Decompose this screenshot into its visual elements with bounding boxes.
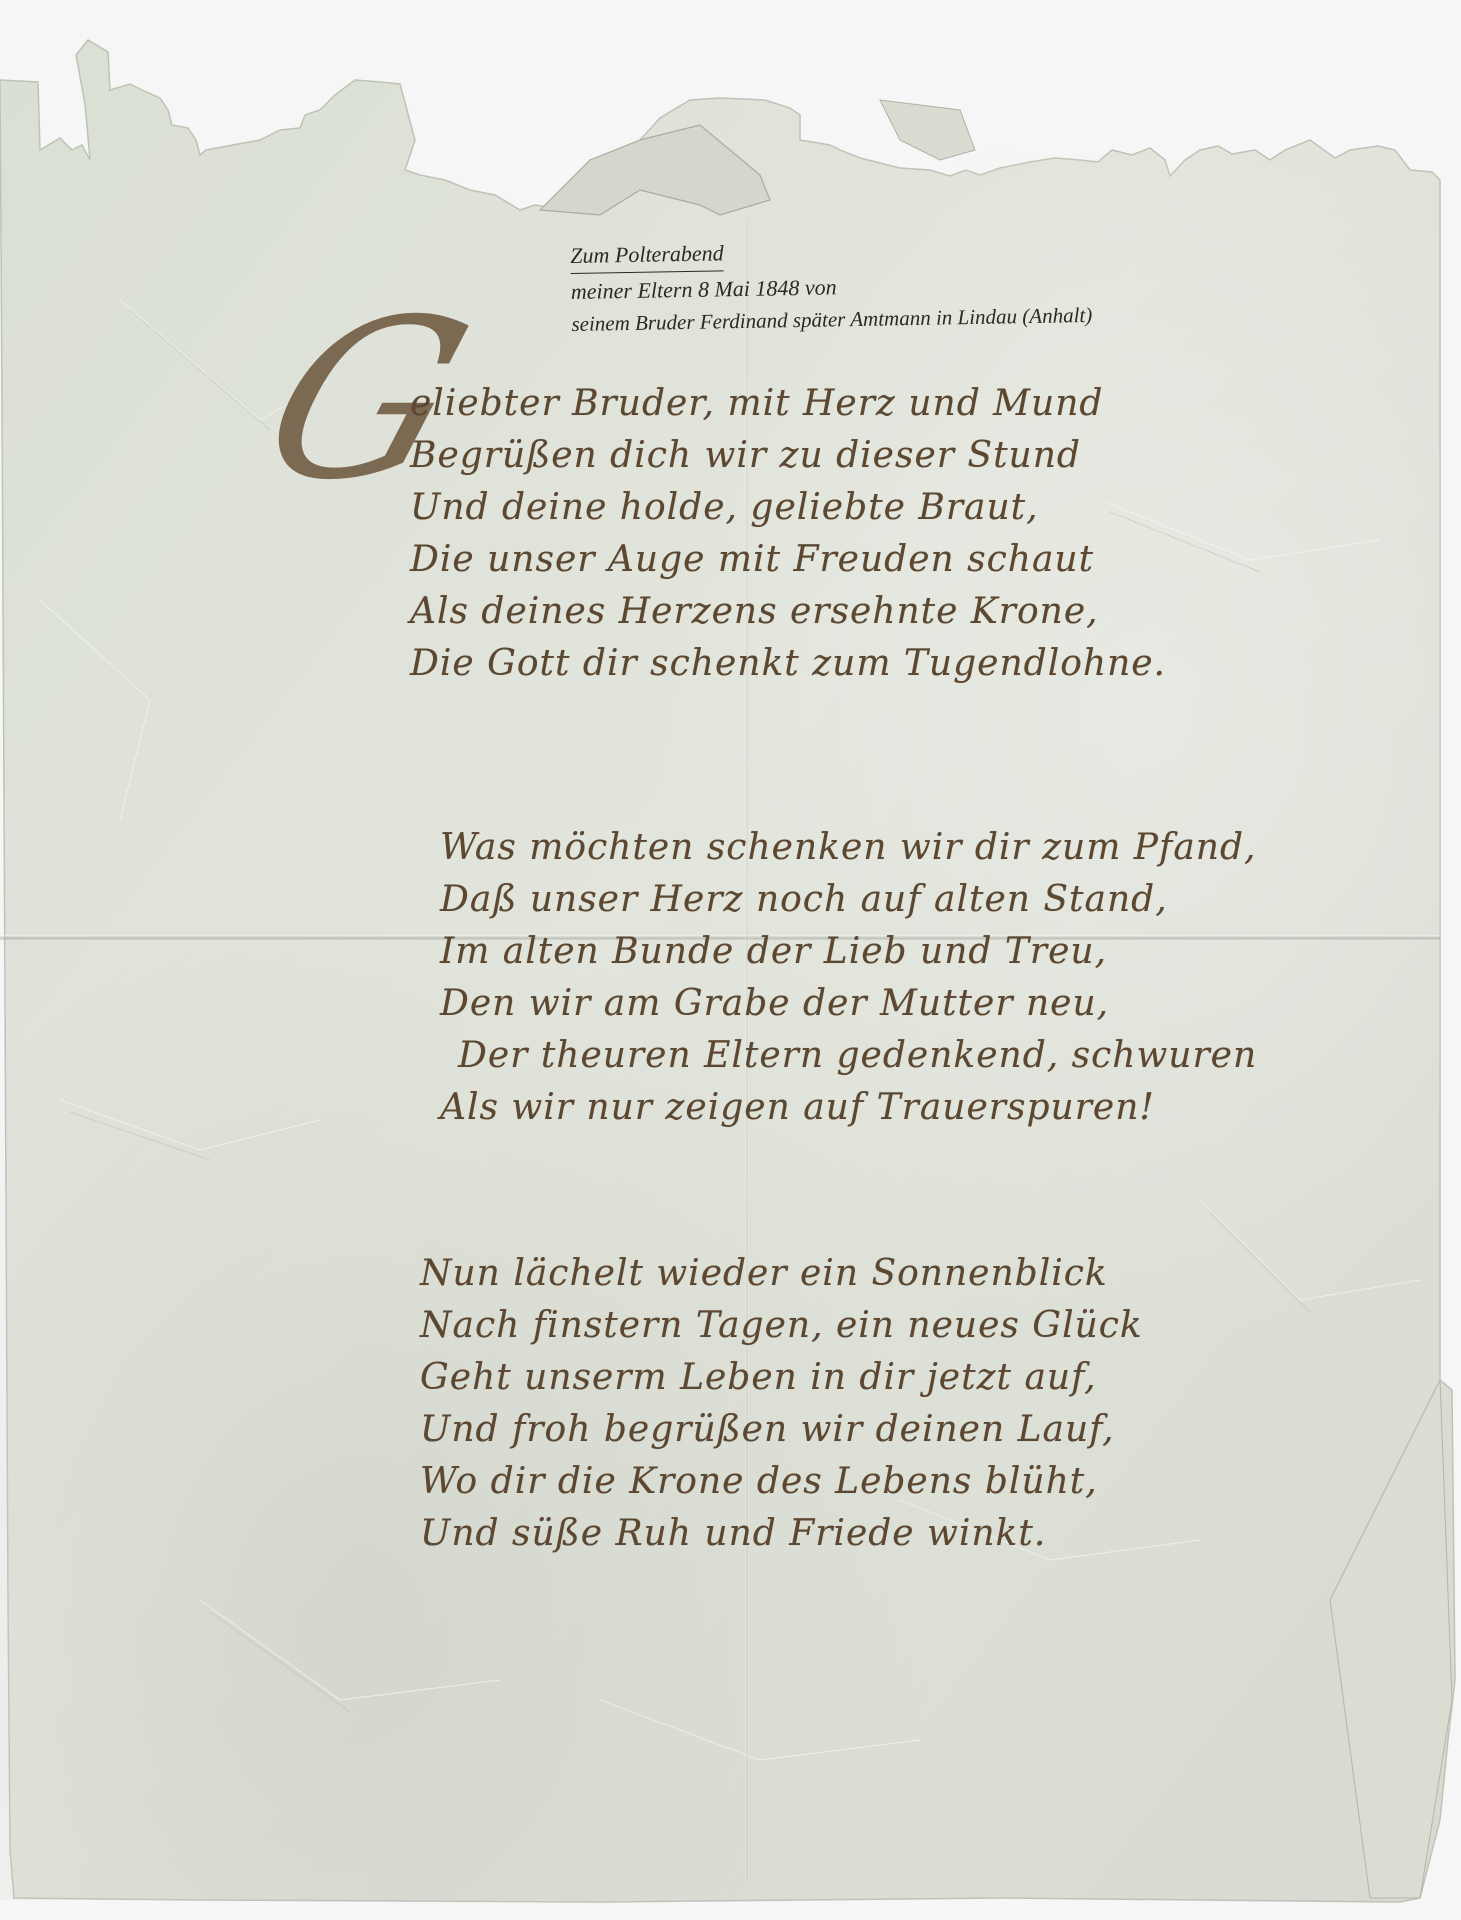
verse-line: Als wir nur zeigen auf Trauerspuren!: [440, 1082, 1380, 1134]
verse-line: Nun lächelt wieder ein Sonnenblick: [420, 1248, 1360, 1300]
verse-line: Den wir am Grabe der Mutter neu,: [440, 978, 1380, 1030]
verse-line: Der theuren Eltern gedenkend, schwuren: [440, 1030, 1380, 1082]
verse-line: Die unser Auge mit Freuden schaut: [410, 534, 1350, 586]
handwritten-content: Zum Polterabend meiner Eltern 8 Mai 1848…: [0, 0, 1461, 1920]
verse-line: Begrüßen dich wir zu dieser Stund: [410, 430, 1350, 482]
scanned-page: Zum Polterabend meiner Eltern 8 Mai 1848…: [0, 0, 1461, 1920]
verse-line: Die Gott dir schenkt zum Tugendlohne.: [410, 638, 1350, 690]
verse-line: Nach finstern Tagen, ein neues Glück: [420, 1300, 1360, 1352]
verse-line: Und froh begrüßen wir deinen Lauf,: [420, 1404, 1360, 1456]
verse-line: Was möchten schenken wir dir zum Pfand,: [440, 822, 1380, 874]
stanza-1: eliebter Bruder, mit Herz und Mund Begrü…: [410, 378, 1350, 690]
verse-line: Wo dir die Krone des Lebens blüht,: [420, 1456, 1360, 1508]
stanza-3: Nun lächelt wieder ein Sonnenblick Nach …: [420, 1248, 1360, 1560]
stanza-2: Was möchten schenken wir dir zum Pfand, …: [440, 822, 1380, 1134]
verse-line: Und süße Ruh und Friede winkt.: [420, 1508, 1360, 1560]
verse-line: Daß unser Herz noch auf alten Stand,: [440, 874, 1380, 926]
verse-line: Geht unserm Leben in dir jetzt auf,: [420, 1352, 1360, 1404]
verse-line: Im alten Bunde der Lieb und Treu,: [440, 926, 1380, 978]
verse-line: Als deines Herzens ersehnte Krone,: [410, 586, 1350, 638]
verse-line: Und deine holde, geliebte Braut,: [410, 482, 1350, 534]
verse-line: eliebter Bruder, mit Herz und Mund: [410, 378, 1350, 430]
note-title: Zum Polterabend: [570, 237, 724, 274]
header-note: Zum Polterabend meiner Eltern 8 Mai 1848…: [570, 231, 1093, 340]
